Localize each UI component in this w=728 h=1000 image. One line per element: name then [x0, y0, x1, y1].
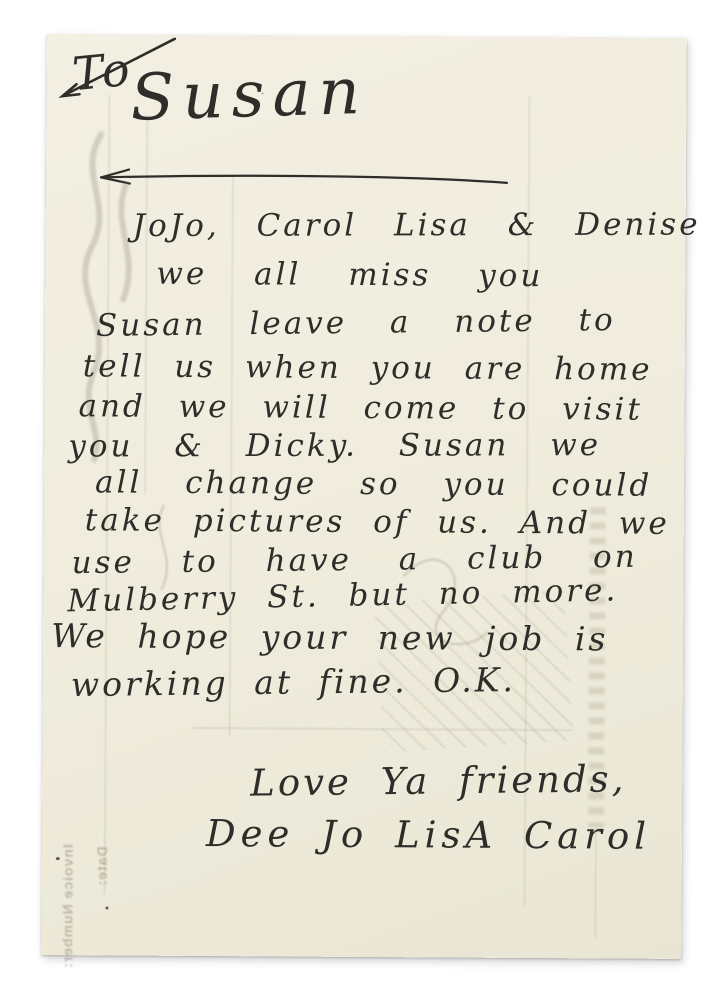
salutation-to: To	[70, 46, 133, 98]
handwritten-line: all change so you could	[95, 467, 652, 501]
handwritten-line: and we will come to visit	[78, 391, 643, 425]
handwritten-line: JoJo, Carol Lisa & Denise	[133, 210, 701, 242]
handwritten-line: you & Dicky. Susan we	[68, 430, 601, 462]
letter-paper: Invoice Number: Date: To Susan JoJo, Car…	[41, 34, 687, 959]
handwritten-line: We hope your new job is	[51, 619, 608, 655]
paper-speck	[56, 857, 60, 860]
handwritten-line: Susan leave a note to	[96, 305, 616, 342]
handwritten-line: working at fine. O.K.	[71, 663, 516, 701]
salutation-name: Susan	[130, 60, 369, 131]
handwritten-line: take pictures of us. And we	[85, 505, 670, 540]
signature-line: Dee Jo LisA Carol	[206, 815, 651, 855]
showthrough-date-label: Date:	[94, 846, 110, 886]
handwritten-line: we all miss you	[156, 259, 543, 292]
closing-line: Love Ya friends,	[250, 760, 627, 801]
underline-arrow	[101, 169, 507, 185]
paper-speck	[105, 906, 108, 909]
showthrough-invoice-label: Invoice Number:	[59, 844, 76, 969]
handwritten-line: tell us when you are home	[83, 351, 653, 385]
